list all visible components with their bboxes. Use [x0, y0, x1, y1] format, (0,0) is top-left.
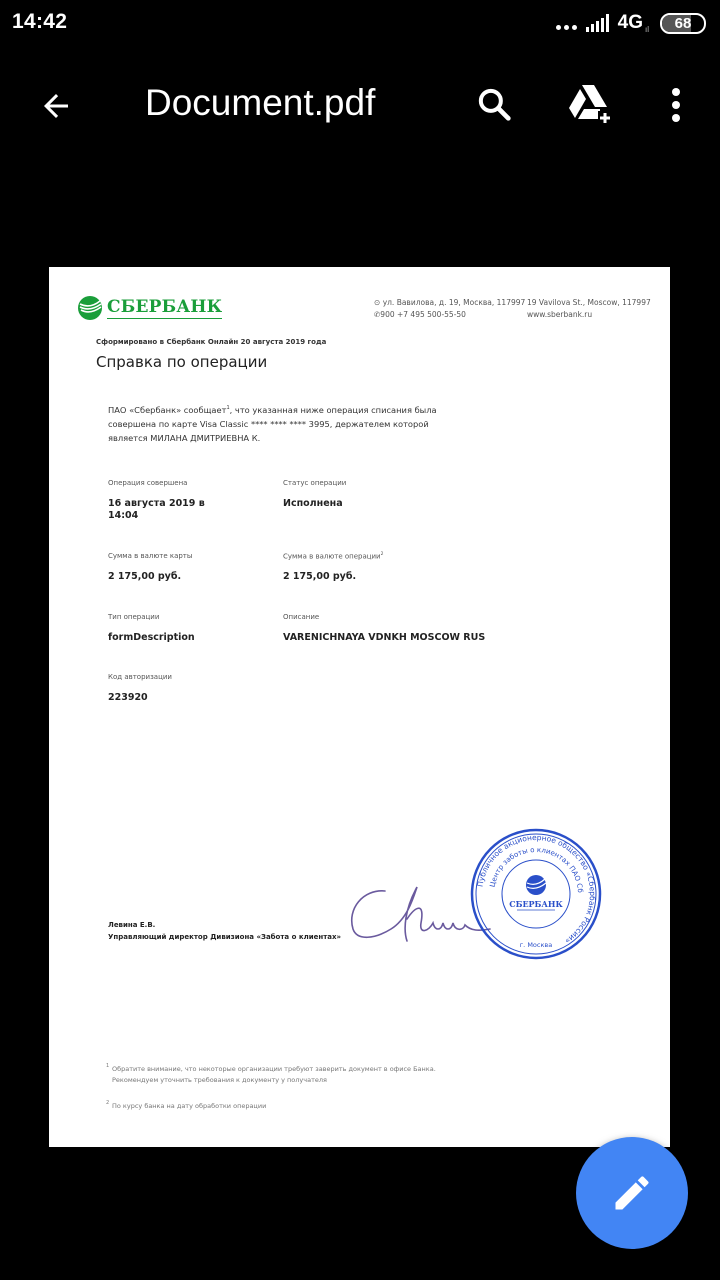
field-value: formDescription — [108, 632, 195, 644]
network-activity: ıl — [645, 25, 649, 34]
battery-level: 68 — [675, 15, 692, 32]
field-operation-amount: Сумма в валюте операции2 2 175,00 руб. — [283, 552, 384, 583]
field-label: Код авторизации — [108, 673, 172, 681]
signal-icon — [586, 14, 609, 32]
field-value: 16 августа 2019 в 14:04 — [108, 498, 218, 522]
field-label: Сумма в валюте карты — [108, 552, 192, 560]
field-value: VARENICHNAYA VDNKH MOSCOW RUS — [283, 632, 485, 644]
footnotes: 1Обратите внимание, что некоторые органи… — [106, 1064, 466, 1127]
pdf-page[interactable]: СБЕРБАНК ⊙ ул. Вавилова, д. 19, Москва, … — [49, 267, 670, 1147]
battery-icon: 68 — [660, 13, 706, 34]
field-value: 2 175,00 руб. — [108, 571, 192, 583]
signer-position: Управляющий директор Дивизиона «Забота о… — [108, 931, 341, 943]
arrow-back-icon — [38, 88, 74, 124]
field-description: Описание VARENICHNAYA VDNKH MOSCOW RUS — [283, 613, 485, 644]
field-label: Статус операции — [283, 479, 346, 487]
field-label: Тип операции — [108, 613, 195, 621]
footnote-text: Обратите внимание, что некоторые организ… — [112, 1065, 436, 1084]
signer-block: Левина Е.В. Управляющий директор Дивизио… — [108, 919, 341, 943]
svg-text:СБЕРБАНК: СБЕРБАНК — [509, 899, 563, 909]
field-operation-type: Тип операции formDescription — [108, 613, 195, 644]
company-stamp: Публичное акционерное общество «Сбербанк… — [469, 827, 603, 961]
sberbank-logo-icon — [77, 295, 103, 321]
doc-heading: Справка по операции — [96, 353, 267, 371]
notification-dots-icon — [556, 14, 577, 32]
website: www.sberbank.ru — [527, 309, 651, 321]
sberbank-logo: СБЕРБАНК — [77, 295, 222, 321]
back-button[interactable] — [34, 84, 78, 128]
drive-add-icon — [568, 83, 614, 127]
footnote-1: 1Обратите внимание, что некоторые органи… — [106, 1064, 466, 1086]
phone-numbers: 900 +7 495 500-55-50 — [380, 310, 466, 319]
generated-note: Сформировано в Сбербанк Онлайн 20 август… — [96, 338, 326, 346]
search-button[interactable] — [472, 82, 518, 128]
field-auth-code: Код авторизации 223920 — [108, 673, 172, 704]
signer-name: Левина Е.В. — [108, 919, 341, 931]
search-icon — [475, 85, 515, 125]
contacts-en: 19 Vavilova St., Moscow, 117997 www.sber… — [527, 297, 651, 321]
label-text: Сумма в валюте операции — [283, 552, 381, 560]
contacts-ru: ⊙ ул. Вавилова, д. 19, Москва, 117997 ✆9… — [374, 297, 525, 321]
footnote-text: По курсу банка на дату обработки операци… — [112, 1102, 266, 1110]
status-indicators: 4G ıl 68 — [556, 12, 706, 34]
add-to-drive-button[interactable] — [566, 82, 616, 128]
footnote-2: 2По курсу банка на дату обработки операц… — [106, 1101, 466, 1112]
svg-text:г. Москва: г. Москва — [520, 941, 552, 949]
edit-icon — [610, 1171, 654, 1215]
field-value: 223920 — [108, 692, 172, 704]
field-label: Сумма в валюте операции2 — [283, 552, 384, 560]
intro-text-1: ПАО «Сбербанк» сообщает — [108, 405, 226, 415]
field-card-amount: Сумма в валюте карты 2 175,00 руб. — [108, 552, 192, 583]
intro-paragraph: ПАО «Сбербанк» сообщает1, что указанная … — [108, 401, 468, 445]
field-value: Исполнена — [283, 498, 346, 510]
status-bar: 14:42 4G ıl 68 — [0, 0, 720, 48]
status-time: 14:42 — [12, 10, 67, 34]
footnote-mark: 1 — [106, 1061, 109, 1072]
address-en: 19 Vavilova St., Moscow, 117997 — [527, 297, 651, 309]
edit-fab-button[interactable] — [576, 1137, 688, 1249]
field-label: Операция совершена — [108, 479, 218, 487]
field-status: Статус операции Исполнена — [283, 479, 346, 510]
document-title: Document.pdf — [145, 82, 375, 124]
footnote-mark: 2 — [106, 1098, 109, 1109]
footnote-ref: 2 — [381, 552, 384, 557]
app-bar: Document.pdf — [0, 68, 720, 142]
field-value: 2 175,00 руб. — [283, 571, 384, 583]
more-vert-icon — [670, 87, 682, 123]
more-options-button[interactable] — [660, 82, 692, 128]
bank-name: СБЕРБАНК — [107, 297, 222, 319]
field-label: Описание — [283, 613, 485, 621]
field-operation-date: Операция совершена 16 августа 2019 в 14:… — [108, 479, 218, 522]
address-ru: ул. Вавилова, д. 19, Москва, 117997 — [383, 298, 526, 307]
location-icon: ⊙ — [374, 298, 380, 307]
network-type: 4G — [618, 12, 643, 34]
